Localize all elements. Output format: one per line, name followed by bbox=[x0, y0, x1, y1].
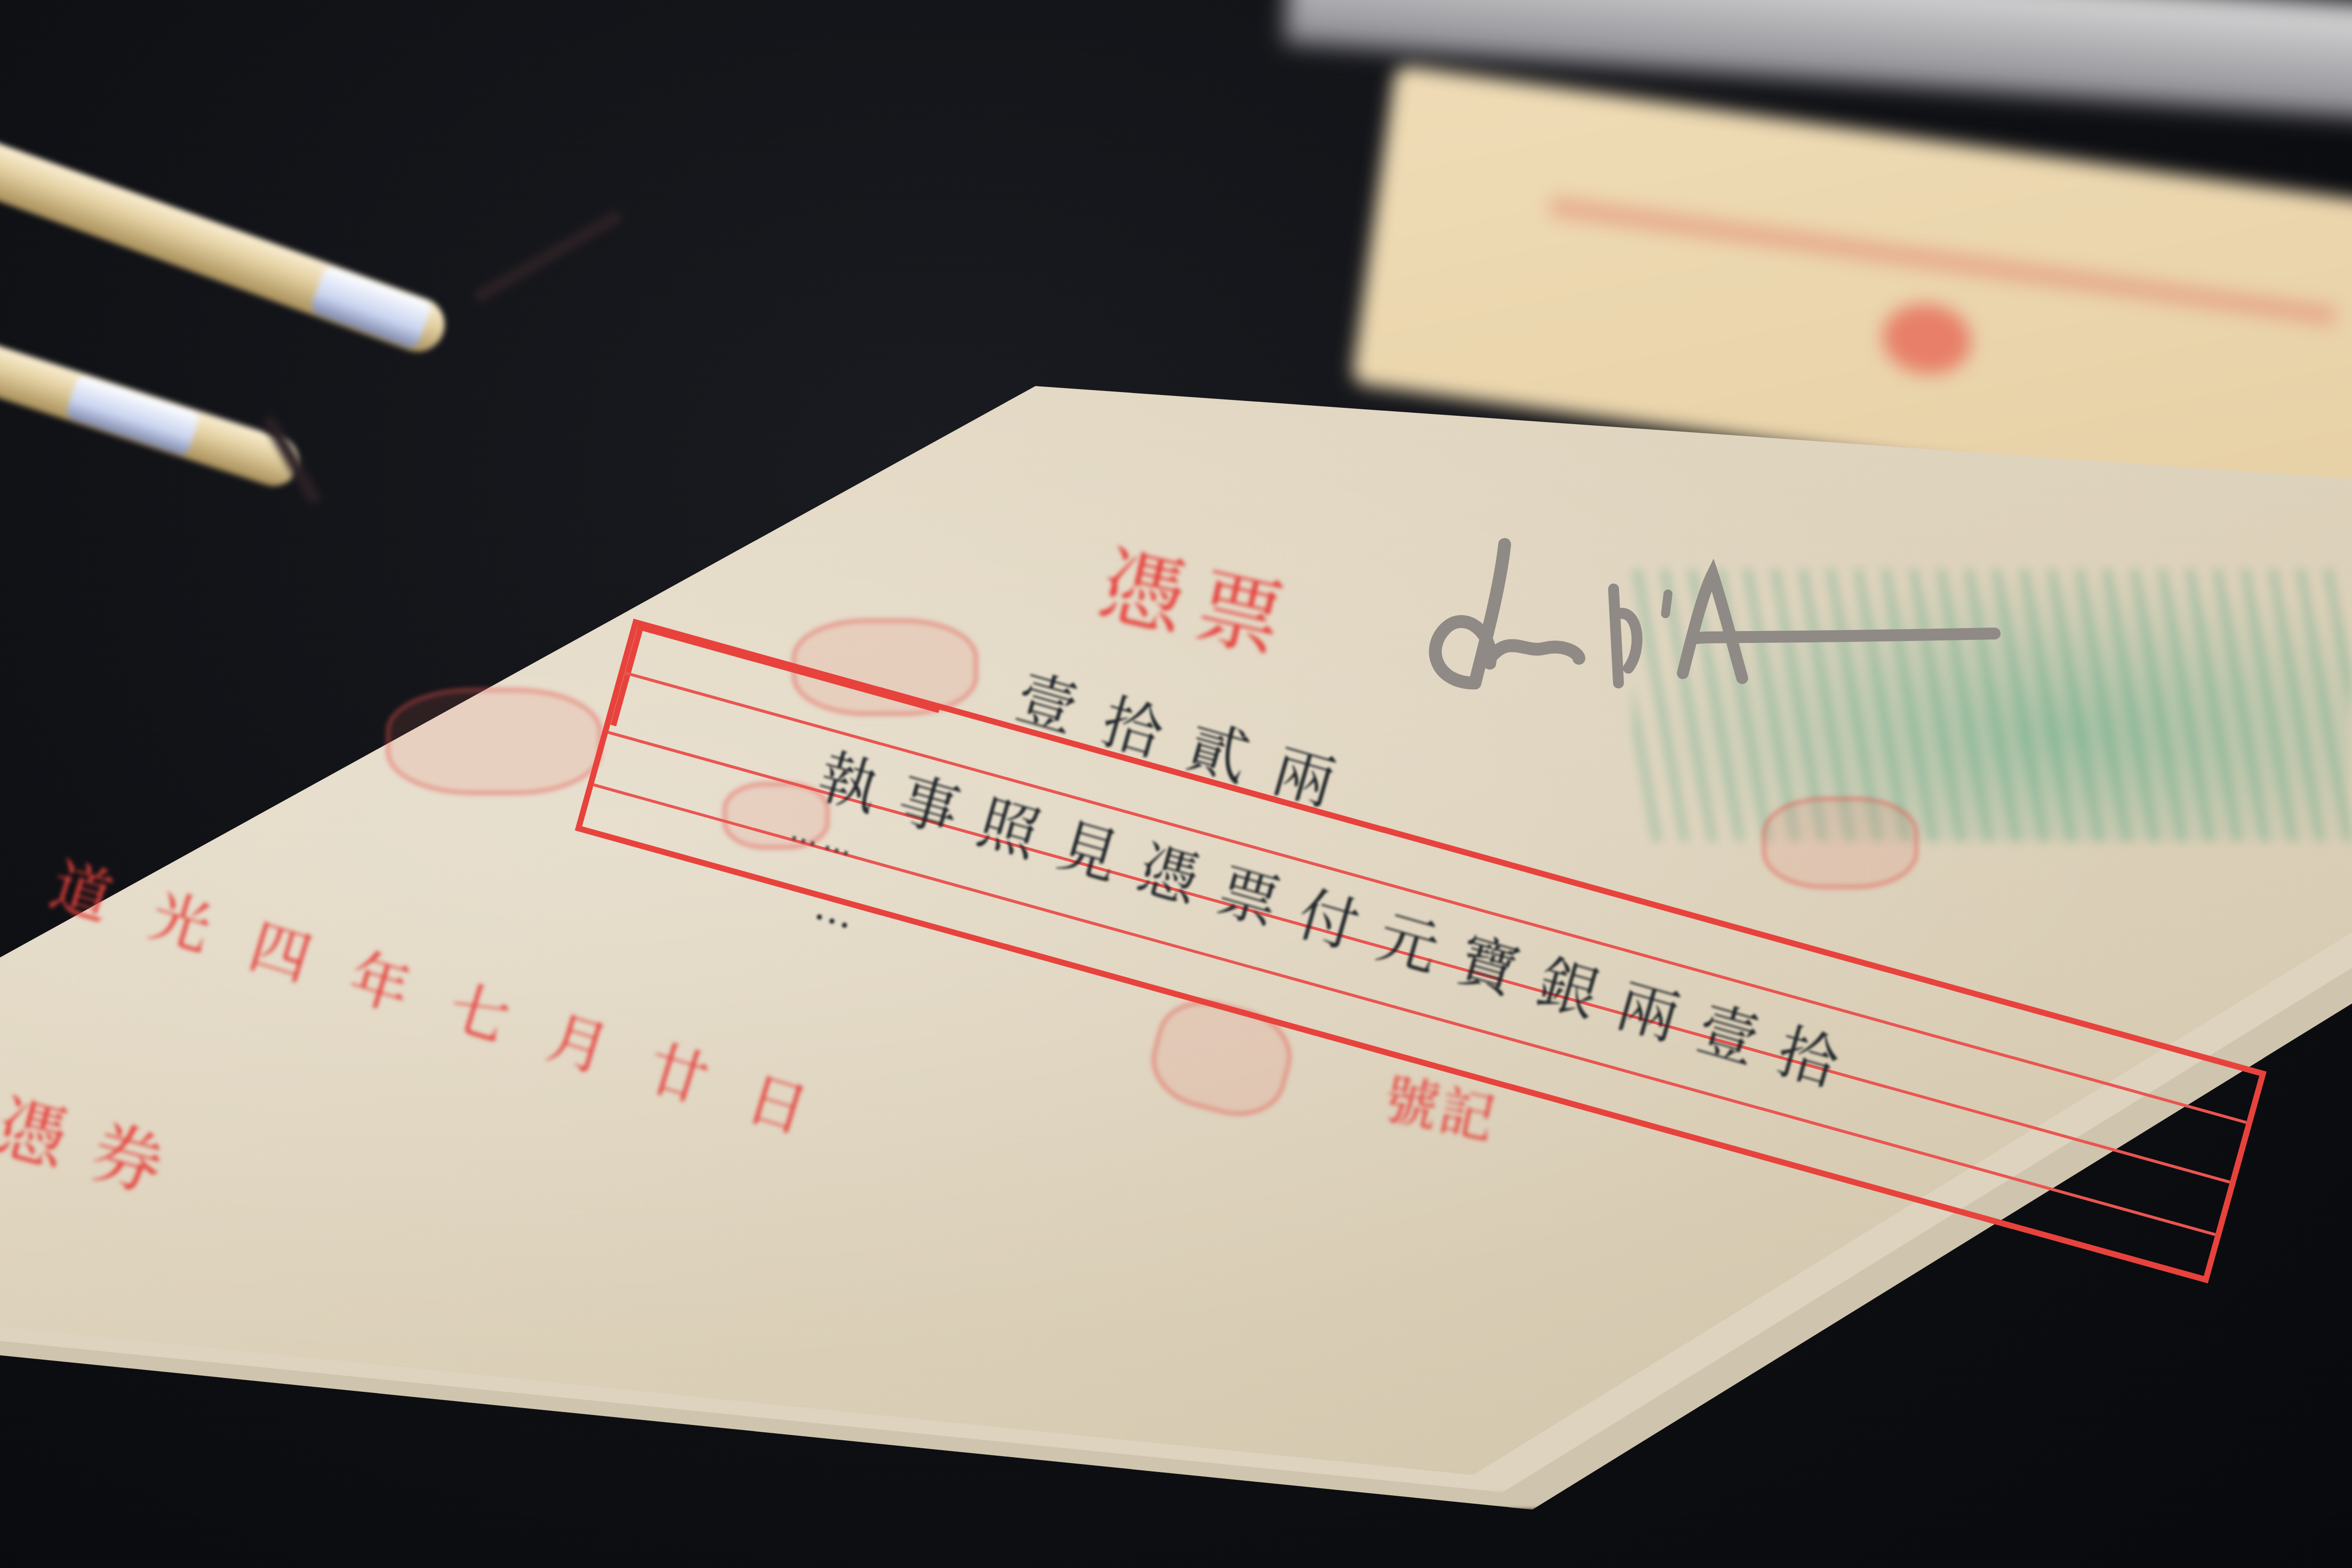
document-content: 憑票 壹拾貳兩 執事照見憑票付元寶銀兩壹拾 …… 道光四年七月廿日 … 號記 憑… bbox=[0, 0, 2352, 1568]
signature-icon bbox=[1416, 535, 2267, 693]
photo-scene: 憑票 壹拾貳兩 執事照見憑票付元寶銀兩壹拾 …… 道光四年七月廿日 … 號記 憑… bbox=[0, 0, 2352, 1568]
bottom-left-red-text: 憑券 bbox=[0, 1071, 204, 1218]
red-seal-imprint bbox=[386, 688, 602, 795]
red-seal-imprint bbox=[1762, 797, 1918, 889]
document-title-red: 憑票 bbox=[1090, 516, 1310, 679]
watermark-signature bbox=[1416, 535, 2267, 693]
document-stack: 憑票 壹拾貳兩 執事照見憑票付元寶銀兩壹拾 …… 道光四年七月廿日 … 號記 憑… bbox=[0, 0, 2352, 1568]
